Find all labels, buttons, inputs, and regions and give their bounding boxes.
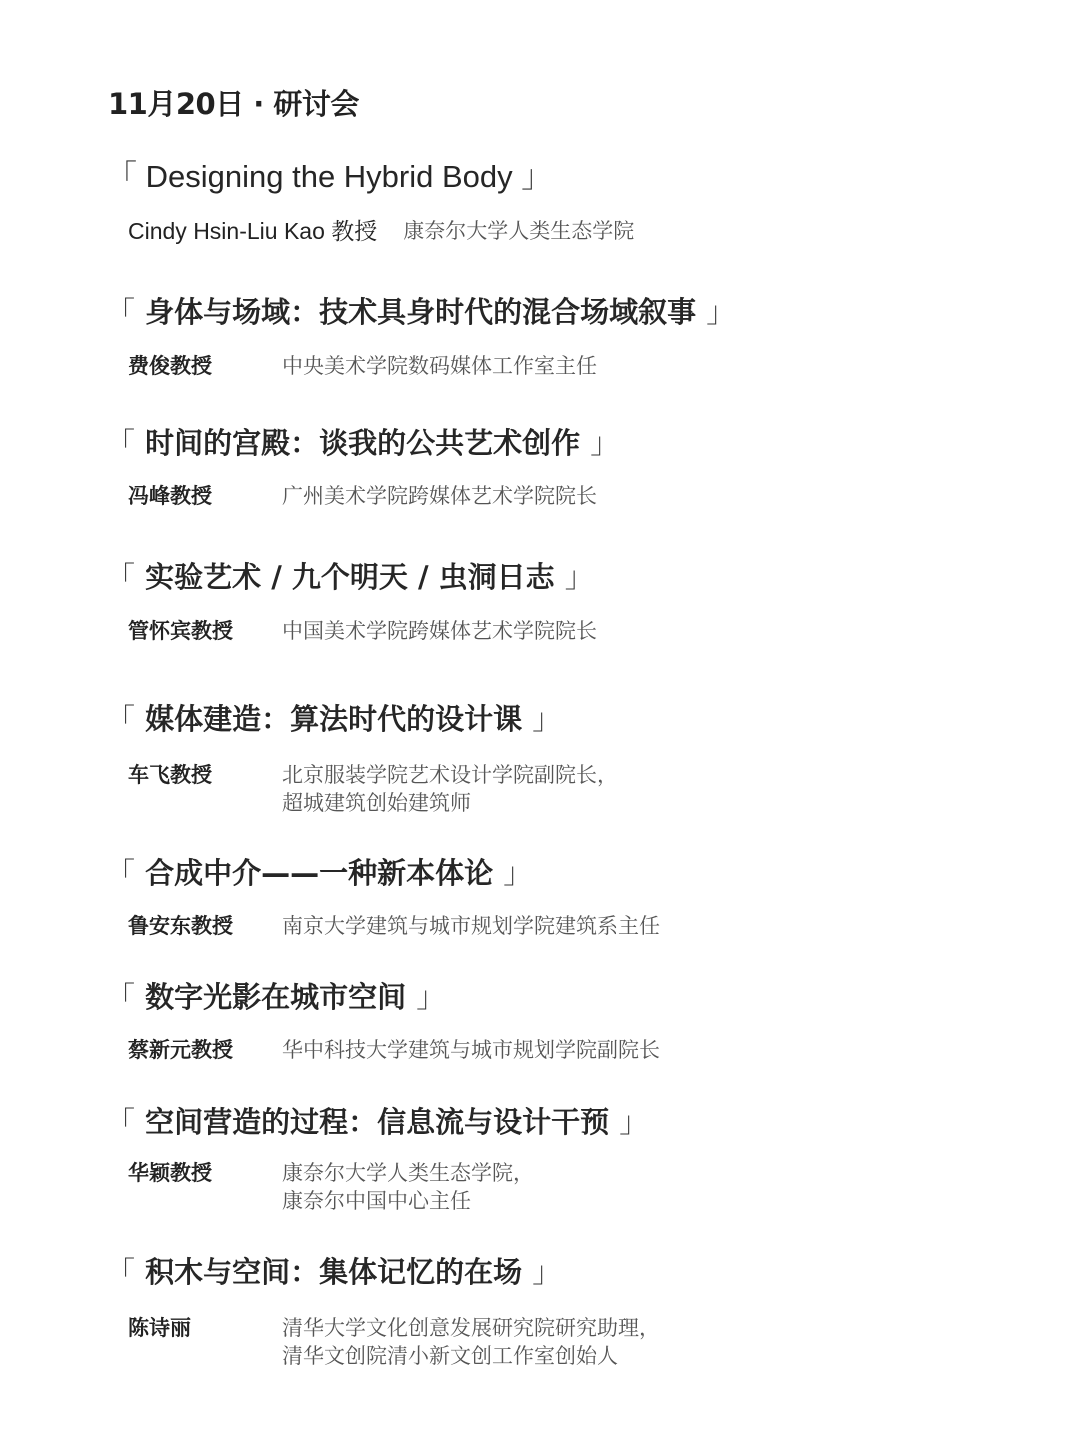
talk-item: 「 实验艺术 / 九个明天 / 虫洞日志 」 管怀宾教授 中国美术学院跨媒体艺术… xyxy=(106,557,594,597)
open-bracket: 「 xyxy=(106,856,135,890)
talk-title-text: 媒体建造：算法时代的设计课 xyxy=(135,702,532,736)
talk-item: 「 空间营造的过程：信息流与设计干预 」 华颖教授 康奈尔大学人类生态学院， 康… xyxy=(106,1102,648,1142)
speaker-name: 费俊教授 xyxy=(128,352,282,380)
talk-title: 「 媒体建造：算法时代的设计课 」 xyxy=(106,699,561,739)
talk-title-text: 身体与场域：技术具身时代的混合场域叙事 xyxy=(135,295,706,329)
talk-title: 「 实验艺术 / 九个明天 / 虫洞日志 」 xyxy=(106,557,594,597)
speaker-affiliation: 华中科技大学建筑与城市规划学院副院长 xyxy=(282,1036,660,1064)
talk-title-text: 合成中介——一种新本体论 xyxy=(135,856,503,890)
talk-title: 「 数字光影在城市空间 」 xyxy=(106,977,445,1017)
open-bracket: 「 xyxy=(106,426,135,460)
talk-title-text: 实验艺术 / 九个明天 / 虫洞日志 xyxy=(135,560,565,594)
speaker-row: 费俊教授 中央美术学院数码媒体工作室主任 xyxy=(128,352,597,380)
speaker-row: 蔡新元教授 华中科技大学建筑与城市规划学院副院长 xyxy=(128,1036,660,1064)
speaker-affiliation: 康奈尔大学人类生态学院， 康奈尔中国中心主任 xyxy=(282,1159,534,1215)
affiliation-line: 康奈尔中国中心主任 xyxy=(282,1187,534,1215)
talk-title: 「 身体与场域：技术具身时代的混合场域叙事 」 xyxy=(106,292,735,332)
talk-title: 「 时间的宫殿：谈我的公共艺术创作 」 xyxy=(106,423,619,463)
speaker-row: 冯峰教授 广州美术学院跨媒体艺术学院院长 xyxy=(128,482,597,510)
close-bracket: 」 xyxy=(532,1255,561,1289)
close-bracket: 」 xyxy=(565,560,594,594)
speaker-name: 鲁安东教授 xyxy=(128,912,282,940)
talk-title: 「 积木与空间：集体记忆的在场 」 xyxy=(106,1252,561,1292)
speaker-row: 陈诗丽 清华大学文化创意发展研究院研究助理， 清华文创院清小新文创工作室创始人 xyxy=(128,1314,660,1370)
open-bracket: 「 xyxy=(106,980,135,1014)
open-bracket: 「 xyxy=(106,1255,135,1289)
speaker-affiliation: 北京服装学院艺术设计学院副院长， 超城建筑创始建筑师 xyxy=(282,761,618,817)
open-bracket: 「 xyxy=(106,702,135,736)
open-bracket: 「 xyxy=(106,1105,135,1139)
affiliation-line: 超城建筑创始建筑师 xyxy=(282,789,618,817)
close-bracket: 」 xyxy=(590,426,619,460)
speaker-affiliation: 清华大学文化创意发展研究院研究助理， 清华文创院清小新文创工作室创始人 xyxy=(282,1314,660,1370)
speaker-name: Cindy Hsin-Liu Kao 教授 xyxy=(128,217,377,245)
speaker-row: 鲁安东教授 南京大学建筑与城市规划学院建筑系主任 xyxy=(128,912,660,940)
speaker-name: 管怀宾教授 xyxy=(128,617,282,645)
talk-item: 「 合成中介——一种新本体论 」 鲁安东教授 南京大学建筑与城市规划学院建筑系主… xyxy=(106,853,532,893)
talk-item: 「 数字光影在城市空间 」 蔡新元教授 华中科技大学建筑与城市规划学院副院长 xyxy=(106,977,445,1017)
talk-title-text: 积木与空间：集体记忆的在场 xyxy=(135,1255,532,1289)
speaker-row: 车飞教授 北京服装学院艺术设计学院副院长， 超城建筑创始建筑师 xyxy=(128,761,618,817)
speaker-row: 华颖教授 康奈尔大学人类生态学院， 康奈尔中国中心主任 xyxy=(128,1159,534,1215)
speaker-name: 车飞教授 xyxy=(128,761,282,817)
close-bracket: 」 xyxy=(706,295,735,329)
talk-item: 「 身体与场域：技术具身时代的混合场域叙事 」 费俊教授 中央美术学院数码媒体工… xyxy=(106,292,735,332)
close-bracket: 」 xyxy=(503,856,532,890)
talk-title: 「 Designing the Hybrid Body 」 xyxy=(106,157,552,197)
speaker-name: 冯峰教授 xyxy=(128,482,282,510)
speaker-row: 管怀宾教授 中国美术学院跨媒体艺术学院院长 xyxy=(128,617,597,645)
open-bracket: 「 xyxy=(106,159,137,194)
talk-title: 「 合成中介——一种新本体论 」 xyxy=(106,853,532,893)
talk-item: 「 积木与空间：集体记忆的在场 」 陈诗丽 清华大学文化创意发展研究院研究助理，… xyxy=(106,1252,561,1292)
talk-title: 「 空间营造的过程：信息流与设计干预 」 xyxy=(106,1102,648,1142)
speaker-affiliation: 中国美术学院跨媒体艺术学院院长 xyxy=(282,617,597,645)
talk-item: 「 Designing the Hybrid Body 」 Cindy Hsin… xyxy=(106,157,552,197)
talk-title-text: 空间营造的过程：信息流与设计干预 xyxy=(135,1105,619,1139)
affiliation-line: 清华大学文化创意发展研究院研究助理， xyxy=(282,1314,660,1342)
talk-title-text: 数字光影在城市空间 xyxy=(135,980,416,1014)
talk-title-text: Designing the Hybrid Body xyxy=(137,159,521,194)
speaker-affiliation: 南京大学建筑与城市规划学院建筑系主任 xyxy=(282,912,660,940)
talk-item: 「 媒体建造：算法时代的设计课 」 车飞教授 北京服装学院艺术设计学院副院长， … xyxy=(106,699,561,739)
close-bracket: 」 xyxy=(416,980,445,1014)
speaker-row: Cindy Hsin-Liu Kao 教授 康奈尔大学人类生态学院 xyxy=(128,217,634,245)
speaker-name: 陈诗丽 xyxy=(128,1314,282,1370)
page-heading: 11月20日 · 研讨会 xyxy=(108,82,359,123)
talk-title-text: 时间的宫殿：谈我的公共艺术创作 xyxy=(135,426,590,460)
close-bracket: 」 xyxy=(532,702,561,736)
close-bracket: 」 xyxy=(619,1105,648,1139)
affiliation-line: 清华文创院清小新文创工作室创始人 xyxy=(282,1342,660,1370)
talk-item: 「 时间的宫殿：谈我的公共艺术创作 」 冯峰教授 广州美术学院跨媒体艺术学院院长 xyxy=(106,423,619,463)
speaker-name: 华颖教授 xyxy=(128,1159,282,1215)
speaker-affiliation: 广州美术学院跨媒体艺术学院院长 xyxy=(282,482,597,510)
open-bracket: 「 xyxy=(106,295,135,329)
close-bracket: 」 xyxy=(521,159,552,194)
open-bracket: 「 xyxy=(106,560,135,594)
speaker-affiliation: 中央美术学院数码媒体工作室主任 xyxy=(282,352,597,380)
affiliation-line: 康奈尔大学人类生态学院， xyxy=(282,1159,534,1187)
speaker-name: 蔡新元教授 xyxy=(128,1036,282,1064)
affiliation-line: 北京服装学院艺术设计学院副院长， xyxy=(282,761,618,789)
speaker-affiliation: 康奈尔大学人类生态学院 xyxy=(403,217,634,245)
